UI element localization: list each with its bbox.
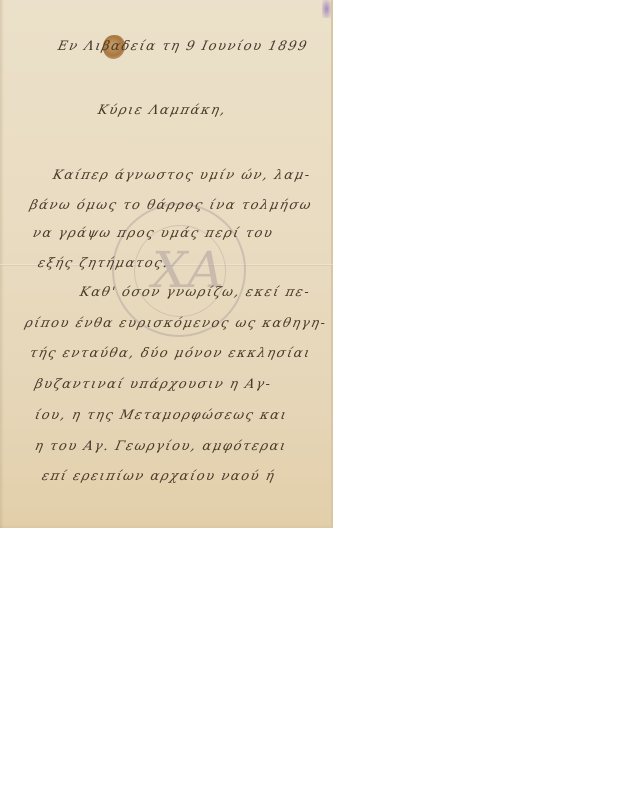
letter-body-line: εξής ζητήματος. (36, 256, 170, 271)
letter-sheet: ΧΑ Εν Λιβαδεία τη 9 Ιουνίου 1899 Κύριε Λ… (0, 0, 333, 528)
letter-body-line: βάνω όμως το θάρρος ίνα τολμήσω (28, 198, 313, 213)
letter-body-line: η του Αγ. Γεωργίου, αμφότεραι (33, 439, 288, 454)
letter-body-line: επί ερειπίων αρχαίου ναού ή (40, 469, 276, 484)
letter-body-line: ίου, η της Μεταμορφώσεως και (33, 408, 289, 423)
letter-body-line: να γράψω προς υμάς περί του (31, 226, 275, 241)
letter-salutation: Κύριε Λαμπάκη, (96, 103, 227, 118)
letter-date-line: Εν Λιβαδεία τη 9 Ιουνίου 1899 (56, 39, 309, 54)
letter-body-line: ρίπου ένθα ευρισκόμενος ως καθηγη- (23, 316, 328, 331)
violet-ink-mark (322, 0, 331, 18)
letter-body-line: Καίπερ άγνωστος υμίν ών, λαμ- (51, 168, 312, 183)
page-area: ΧΑ Εν Λιβαδεία τη 9 Ιουνίου 1899 Κύριε Λ… (0, 0, 618, 800)
letter-body-line: τής ενταύθα, δύο μόνον εκκλησίαι (28, 346, 312, 361)
letter-body-line: Καθ' όσον γνωρίζω, εκεί πε- (78, 285, 312, 300)
letter-body-line: βυζαντιναί υπάρχουσιν η Αγ- (33, 377, 273, 392)
